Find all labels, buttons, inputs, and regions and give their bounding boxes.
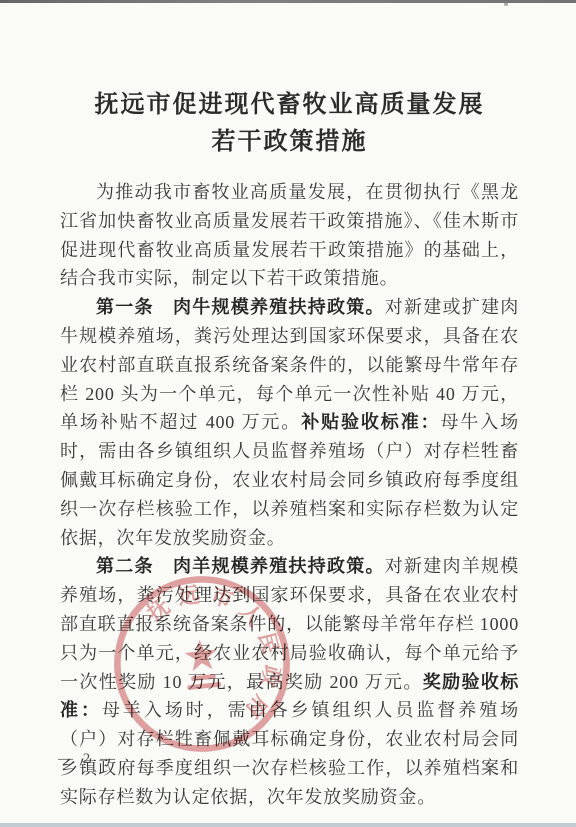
intro-text: 为推动我市畜牧业高质量发展，在贯彻执行《黑龙江省加快畜牧业高质量发展若干政策措施… xyxy=(60,182,519,288)
article-2-heading: 第二条 肉羊规模养殖扶持政策。 xyxy=(96,556,385,576)
article-1-heading: 第一条 肉牛规模养殖扶持政策。 xyxy=(96,297,385,317)
title-line-1: 抚远市促进现代畜牧业高质量发展 xyxy=(60,86,519,123)
article-1-standard-text: 母牛入场时，需由各乡镇组织人员监督养殖场（户）对存栏牲畜佩戴耳标确定身份，农业农… xyxy=(60,412,519,547)
intro-paragraph: 为推动我市畜牧业高质量发展，在贯彻执行《黑龙江省加快畜牧业高质量发展若干政策措施… xyxy=(60,178,519,293)
scan-edge-bottom xyxy=(0,823,576,827)
title-line-2: 若干政策措施 xyxy=(60,123,519,160)
page-number: — 2 — xyxy=(58,751,118,768)
document-title: 抚远市促进现代畜牧业高质量发展 若干政策措施 xyxy=(60,86,519,160)
article-2-standard-text: 母羊入场时，需由各乡镇组织人员监督养殖场（户）对存栏牲畜佩戴耳标确定身份，农业农… xyxy=(60,700,519,806)
document-body: 为推动我市畜牧业高质量发展，在贯彻执行《黑龙江省加快畜牧业高质量发展若干政策措施… xyxy=(60,178,519,812)
article-2-paragraph: 第二条 肉羊规模养殖扶持政策。对新建肉羊规模养殖场，粪污处理达到国家环保要求，具… xyxy=(60,552,519,811)
article-1-paragraph: 第一条 肉牛规模养殖扶持政策。对新建或扩建肉牛规模养殖场，粪污处理达到国家环保要… xyxy=(60,293,519,552)
scan-edge-top xyxy=(0,0,576,3)
scan-speck xyxy=(504,2,508,6)
article-1-standard-label: 补贴验收标准： xyxy=(301,412,440,432)
document-page: 抚远市促进现代畜牧业高质量发展 若干政策措施 为推动我市畜牧业高质量发展，在贯彻… xyxy=(60,86,519,812)
